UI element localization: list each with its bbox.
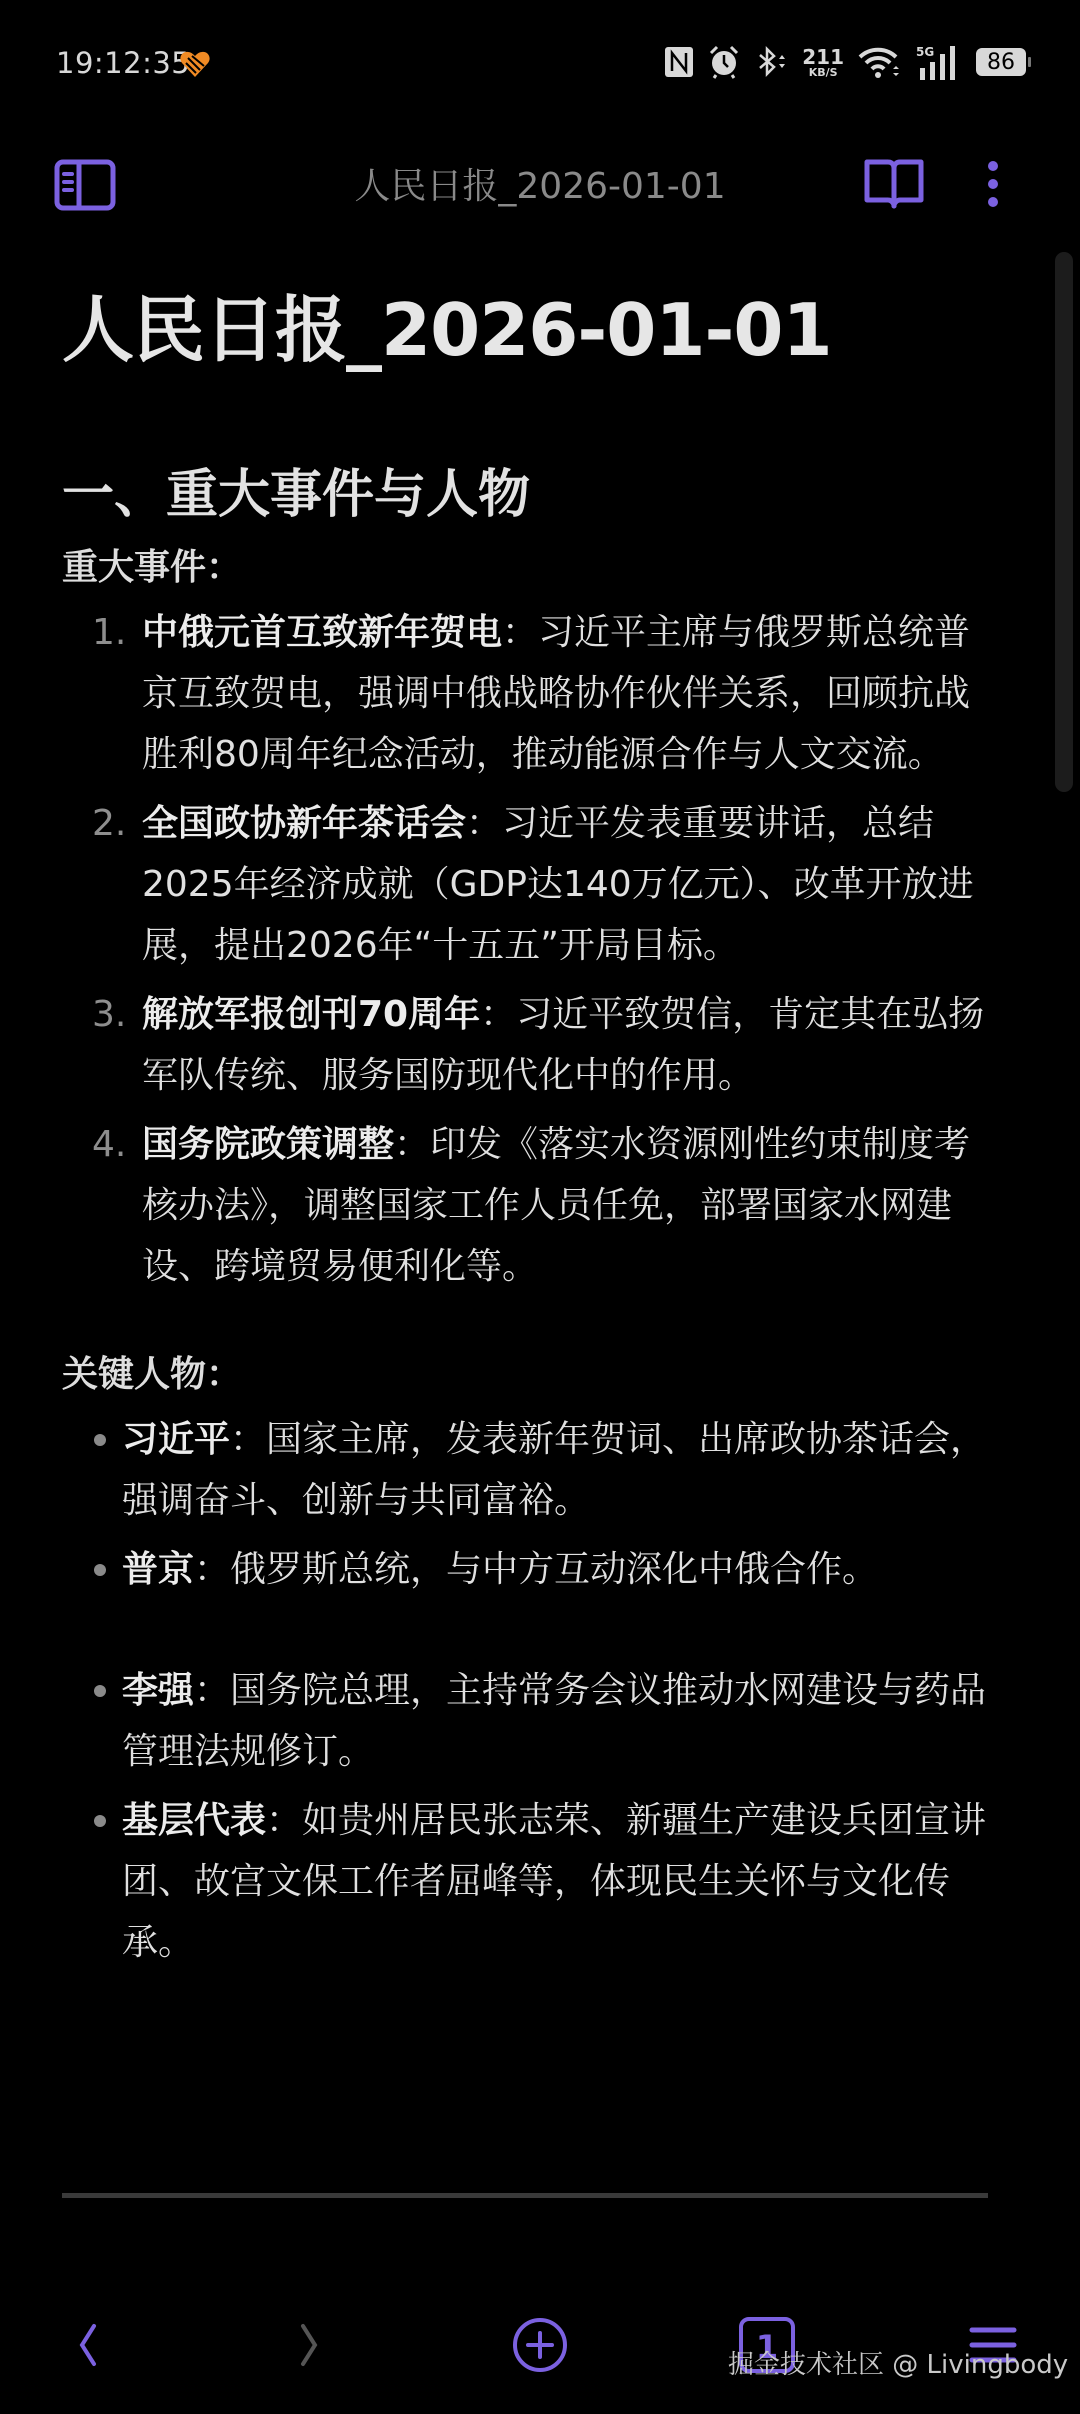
person-name: 普京 (122, 1549, 194, 1590)
horizontal-rule (62, 2193, 988, 2198)
list-item: 普京：俄罗斯总统，与中方互动深化中俄合作。 (62, 1539, 1002, 1600)
separator: ： (266, 1800, 302, 1841)
separator: ： (466, 803, 502, 844)
separator: ： (394, 1124, 430, 1165)
events-list: 1. 中俄元首互致新年贺电：习近平主席与俄罗斯总统普京互致贺电，强调中俄战略协作… (62, 602, 1002, 1297)
bullet-icon (94, 1434, 106, 1446)
bullet-icon (94, 1685, 106, 1697)
section-heading: 一、重大事件与人物 (62, 450, 1002, 540)
battery-icon: 86 (976, 48, 1026, 76)
person-desc: 俄罗斯总统，与中方互动深化中俄合作。 (230, 1549, 878, 1590)
new-note-button[interactable] (505, 2310, 575, 2380)
list-item: 习近平：国家主席，发表新年贺词、出席政协茶话会，强调奋斗、创新与共同富裕。 (62, 1409, 1002, 1531)
people-list: 习近平：国家主席，发表新年贺词、出席政协茶话会，强调奋斗、创新与共同富裕。 普京… (62, 1409, 1002, 1973)
reading-mode-icon[interactable] (862, 154, 926, 214)
plus-circle-icon (510, 2315, 570, 2375)
status-icons: 211 KB/S 5G 86 (664, 42, 1026, 82)
document-title: 人民日报_2026-01-01 (62, 270, 1002, 390)
bluetooth-icon (754, 45, 788, 79)
person-name: 李强 (122, 1670, 194, 1711)
person-name: 基层代表 (122, 1800, 266, 1841)
bullet-icon (94, 1815, 106, 1827)
watermark: 掘金技术社区 @ Livingbody (728, 2344, 1068, 2381)
event-title: 解放军报创刊70周年 (142, 994, 480, 1035)
separator: ： (230, 1419, 266, 1460)
event-title: 全国政协新年茶话会 (142, 803, 466, 844)
document-content: 人民日报_2026-01-01 一、重大事件与人物 重大事件： 1. 中俄元首互… (62, 270, 1002, 1981)
list-item: 4. 国务院政策调整：印发《落实水资源刚性约束制度考核办法》，调整国家工作人员任… (62, 1114, 1002, 1297)
alarm-icon (708, 45, 740, 79)
bullet-icon (94, 1564, 106, 1576)
list-number: 4. (92, 1114, 126, 1175)
event-title: 国务院政策调整 (142, 1124, 394, 1165)
list-item: 3. 解放军报创刊70周年：习近平致贺信，肯定其在弘扬军队传统、服务国防现代化中… (62, 984, 1002, 1106)
svg-text:5G: 5G (916, 45, 934, 59)
list-item: 2. 全国政协新年茶话会：习近平发表重要讲话，总结2025年经济成就（GDP达1… (62, 793, 1002, 976)
separator: ： (502, 612, 538, 653)
scrollbar[interactable] (1055, 252, 1073, 792)
cellular-signal-icon: 5G (916, 44, 962, 80)
status-time: 19:12:35 (56, 46, 190, 80)
separator: ： (194, 1670, 230, 1711)
list-number: 3. (92, 984, 126, 1045)
separator: ： (194, 1549, 230, 1590)
event-title: 中俄元首互致新年贺电 (142, 612, 502, 653)
list-item: 李强：国务院总理，主持常务会议推动水网建设与药品管理法规修订。 (62, 1660, 1002, 1782)
wifi-icon (858, 45, 902, 79)
chevron-left-icon (72, 2320, 102, 2370)
heart-badge-icon (180, 50, 210, 78)
separator: ： (480, 994, 516, 1035)
list-number: 1. (92, 602, 126, 663)
list-item: 1. 中俄元首互致新年贺电：习近平主席与俄罗斯总统普京互致贺电，强调中俄战略协作… (62, 602, 1002, 785)
back-button[interactable] (52, 2310, 122, 2380)
more-options-icon[interactable] (978, 154, 1008, 214)
people-label: 关键人物： (62, 1347, 1002, 1403)
nfc-icon (664, 46, 694, 78)
top-app-bar: 人民日报_2026-01-01 (0, 140, 1080, 230)
net-speed: 211 KB/S (802, 47, 844, 78)
list-number: 2. (92, 793, 126, 854)
list-item: 基层代表：如贵州居民张志荣、新疆生产建设兵团宣讲团、故宫文保工作者屈峰等，体现民… (62, 1790, 1002, 1973)
events-label: 重大事件： (62, 540, 1002, 596)
status-bar: 19:12:35 211 KB/S 5G (0, 0, 1080, 120)
person-name: 习近平 (122, 1419, 230, 1460)
chevron-right-icon (295, 2320, 325, 2370)
person-desc: 国务院总理，主持常务会议推动水网建设与药品管理法规修订。 (122, 1670, 986, 1772)
forward-button[interactable] (275, 2310, 345, 2380)
